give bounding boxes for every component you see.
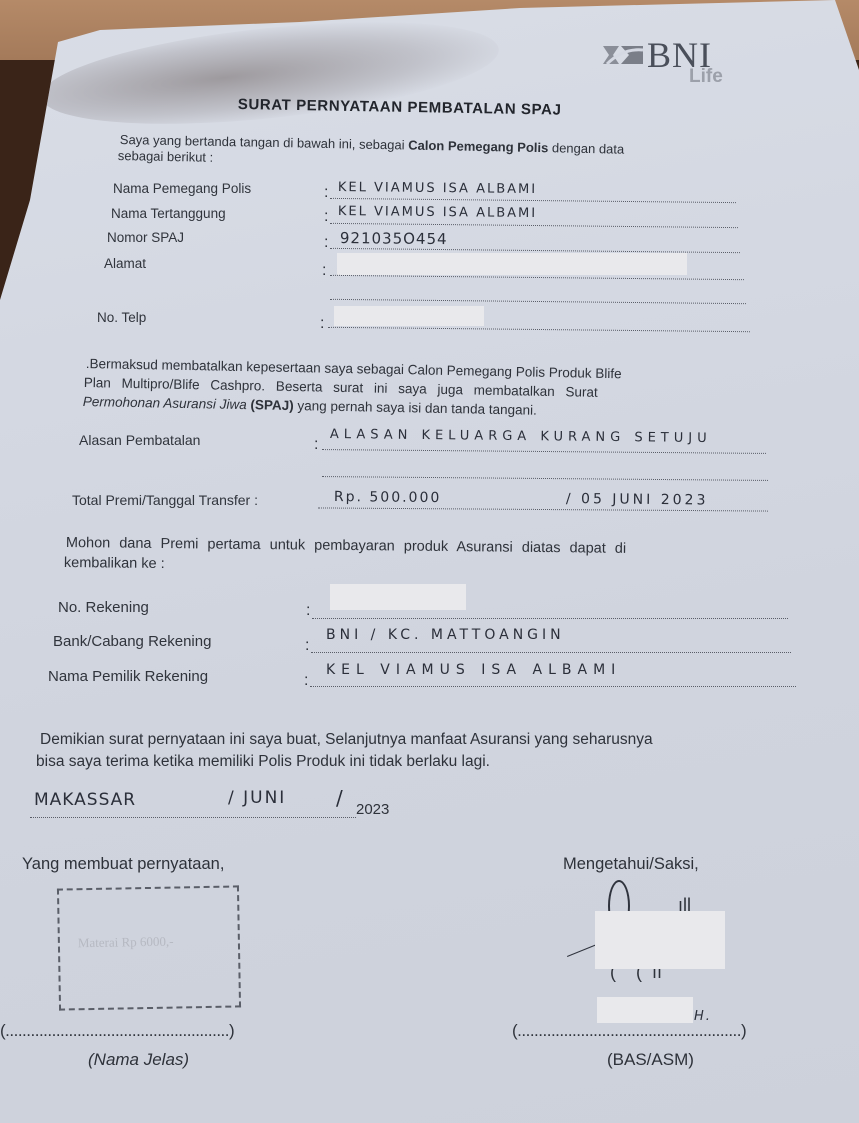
field-label: Nama Tertanggung <box>111 206 226 221</box>
field-label: Alamat <box>104 256 146 271</box>
field-underline-2 <box>322 476 768 481</box>
field-value: KEL VIAMUS ISA ALBAMI <box>338 180 537 197</box>
signer-heading: Yang membuat pernyataan, <box>22 855 224 874</box>
logo-subtext: Life <box>689 66 723 88</box>
intro-line-2: sebagai berikut : <box>118 148 214 165</box>
field-colon: : <box>304 672 308 690</box>
field-label: Total Premi/Tanggal Transfer : <box>72 492 258 508</box>
intro-bold: Calon Pemegang Polis <box>408 138 548 156</box>
field-colon: : <box>324 208 328 226</box>
field-value: ALASAN KELUARGA KURANG SETUJU <box>330 427 712 446</box>
signer-name-caption: (Nama Jelas) <box>88 1050 189 1070</box>
field-value: BNI / KC. MATTOANGIN <box>326 627 565 643</box>
field-colon: : <box>324 234 328 252</box>
document-paper: BNI Life SURAT PERNYATAAN PEMBATALAN SPA… <box>0 0 859 1123</box>
field-value: 921035O454 <box>340 229 448 248</box>
witness-signature-stroke <box>567 944 597 957</box>
place-date-underline <box>30 817 356 818</box>
field-underline <box>328 327 750 332</box>
field-label: Nomor SPAJ <box>107 230 184 245</box>
field-colon: : <box>314 436 318 454</box>
field-label: Bank/Cabang Rekening <box>53 633 211 650</box>
witness-signature-line: (.......................................… <box>512 1021 746 1041</box>
field-underline-2 <box>330 299 746 304</box>
transfer-date-value: / 05 JUNI 2023 <box>566 491 709 508</box>
bni-sail-logo-icon <box>603 44 643 66</box>
statement-italic: Permohonan Asuransi Jiwa <box>83 394 247 412</box>
redacted-witness-signature <box>595 911 725 969</box>
field-underline <box>311 652 791 653</box>
closing-line-1: Demikian surat pernyataan ini saya buat,… <box>40 731 653 749</box>
field-value: KEL VIAMUS ISA ALBAMI <box>326 662 621 678</box>
statement-line-3: Permohonan Asuransi Jiwa (SPAJ) yang per… <box>83 394 537 418</box>
field-label: Nama Pemilik Rekening <box>48 668 208 685</box>
bni-life-logo: BNI Life <box>603 40 753 90</box>
field-colon: : <box>305 637 309 655</box>
premium-value: Rp. 500.000 <box>334 489 442 506</box>
field-label: No. Telp <box>97 310 146 325</box>
field-colon: : <box>322 262 326 280</box>
redacted-phone <box>334 306 484 326</box>
redacted-witness-name <box>597 997 693 1023</box>
witness-role-caption: (BAS/ASM) <box>607 1050 694 1070</box>
field-colon: : <box>320 315 324 333</box>
field-underline <box>330 198 736 203</box>
field-underline <box>322 449 766 454</box>
refund-request-line-1: Mohon dana Premi pertama untuk pembayara… <box>66 535 626 557</box>
intro-text-end: dengan data <box>548 140 624 156</box>
field-colon: : <box>306 602 310 620</box>
redacted-account-number <box>330 584 466 610</box>
redacted-address <box>337 253 687 275</box>
field-underline <box>330 275 744 280</box>
field-underline <box>312 618 788 619</box>
signer-signature-line: (.......................................… <box>0 1021 234 1041</box>
field-value: KEL VIAMUS ISA ALBAMI <box>338 204 537 221</box>
witness-heading: Mengetahui/Saksi, <box>563 855 699 874</box>
year-slash: / <box>336 786 345 810</box>
field-underline <box>310 686 796 687</box>
month-value: / JUNI <box>228 788 286 808</box>
field-label: Nama Pemegang Polis <box>113 181 251 196</box>
closing-line-2: bisa saya terima ketika memiliki Polis P… <box>36 753 490 771</box>
refund-request-line-2: kembalikan ke : <box>64 555 165 572</box>
field-label: Alasan Pembatalan <box>79 432 200 448</box>
statement-bold: (SPAJ) <box>250 397 294 413</box>
place-value: MAKASSAR <box>34 790 136 810</box>
duty-stamp-box: Materai Rp 6000,- <box>57 885 241 1010</box>
field-colon: : <box>324 184 328 202</box>
statement-rest: yang pernah saya isi dan tanda tangani. <box>294 398 537 418</box>
stamp-placeholder-text: Materai Rp 6000,- <box>78 934 174 952</box>
field-label: No. Rekening <box>58 599 149 616</box>
year-value: 2023 <box>356 801 389 818</box>
field-underline <box>330 223 738 228</box>
